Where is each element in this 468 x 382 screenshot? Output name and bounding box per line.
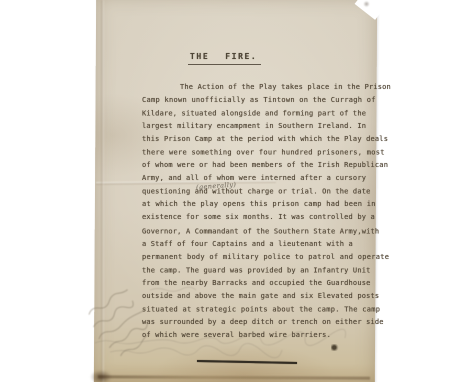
typed-line: Governor, A Commandant of the Southern S…	[142, 225, 380, 238]
typed-line: from the nearby Barracks and occupied th…	[142, 277, 380, 290]
typed-line: Camp known unofficially as Tintown on th…	[142, 94, 380, 107]
document-title: THEFIRE.	[188, 52, 261, 65]
typed-paragraph: The Action of the Play takes place in th…	[142, 81, 380, 342]
typed-line: of whom were or had been members of the …	[142, 159, 380, 172]
insertion-caret: ^	[212, 191, 216, 198]
typed-line: of which were several barbed wire barrie…	[142, 329, 380, 342]
bottom-left-stain	[90, 370, 112, 382]
typed-line: questioning and without charge or trial.…	[142, 186, 380, 199]
typed-line: was surrounded by a deep ditch or trench…	[142, 316, 380, 329]
corner-pencil-mark	[363, 1, 370, 7]
vertical-crease	[101, 0, 104, 382]
title-word-fire: FIRE.	[225, 52, 257, 61]
typed-line: permanent body of military police to pat…	[142, 251, 380, 264]
typed-line: Kildare, situated alongside and forming …	[142, 107, 380, 120]
typed-line: the camp. The guard was provided by an I…	[142, 264, 380, 277]
typed-line: a Staff of four Captains and a lieutenan…	[142, 238, 380, 251]
typed-line: largest military encampment in Southern …	[142, 120, 380, 133]
title-word-the: THE	[190, 52, 209, 61]
ink-smudge	[331, 344, 339, 351]
typed-line: at which the play opens this prison camp…	[142, 198, 380, 211]
typed-line: this Prison Camp at the period with whic…	[142, 133, 380, 146]
typed-line: there were something over four hundred p…	[142, 147, 380, 160]
typed-line: The Action of the Play takes place in th…	[142, 81, 380, 94]
typed-line: situated at strategic points about the c…	[142, 303, 380, 316]
typed-line: outside and above the main gate and six …	[142, 290, 380, 303]
typed-line: Army, and all of whom were interned afte…	[142, 172, 380, 185]
photo-of-typescript-page: THEFIRE. The Action of the Play takes pl…	[0, 0, 468, 382]
typed-line: existence for some six months. It was co…	[142, 211, 380, 224]
